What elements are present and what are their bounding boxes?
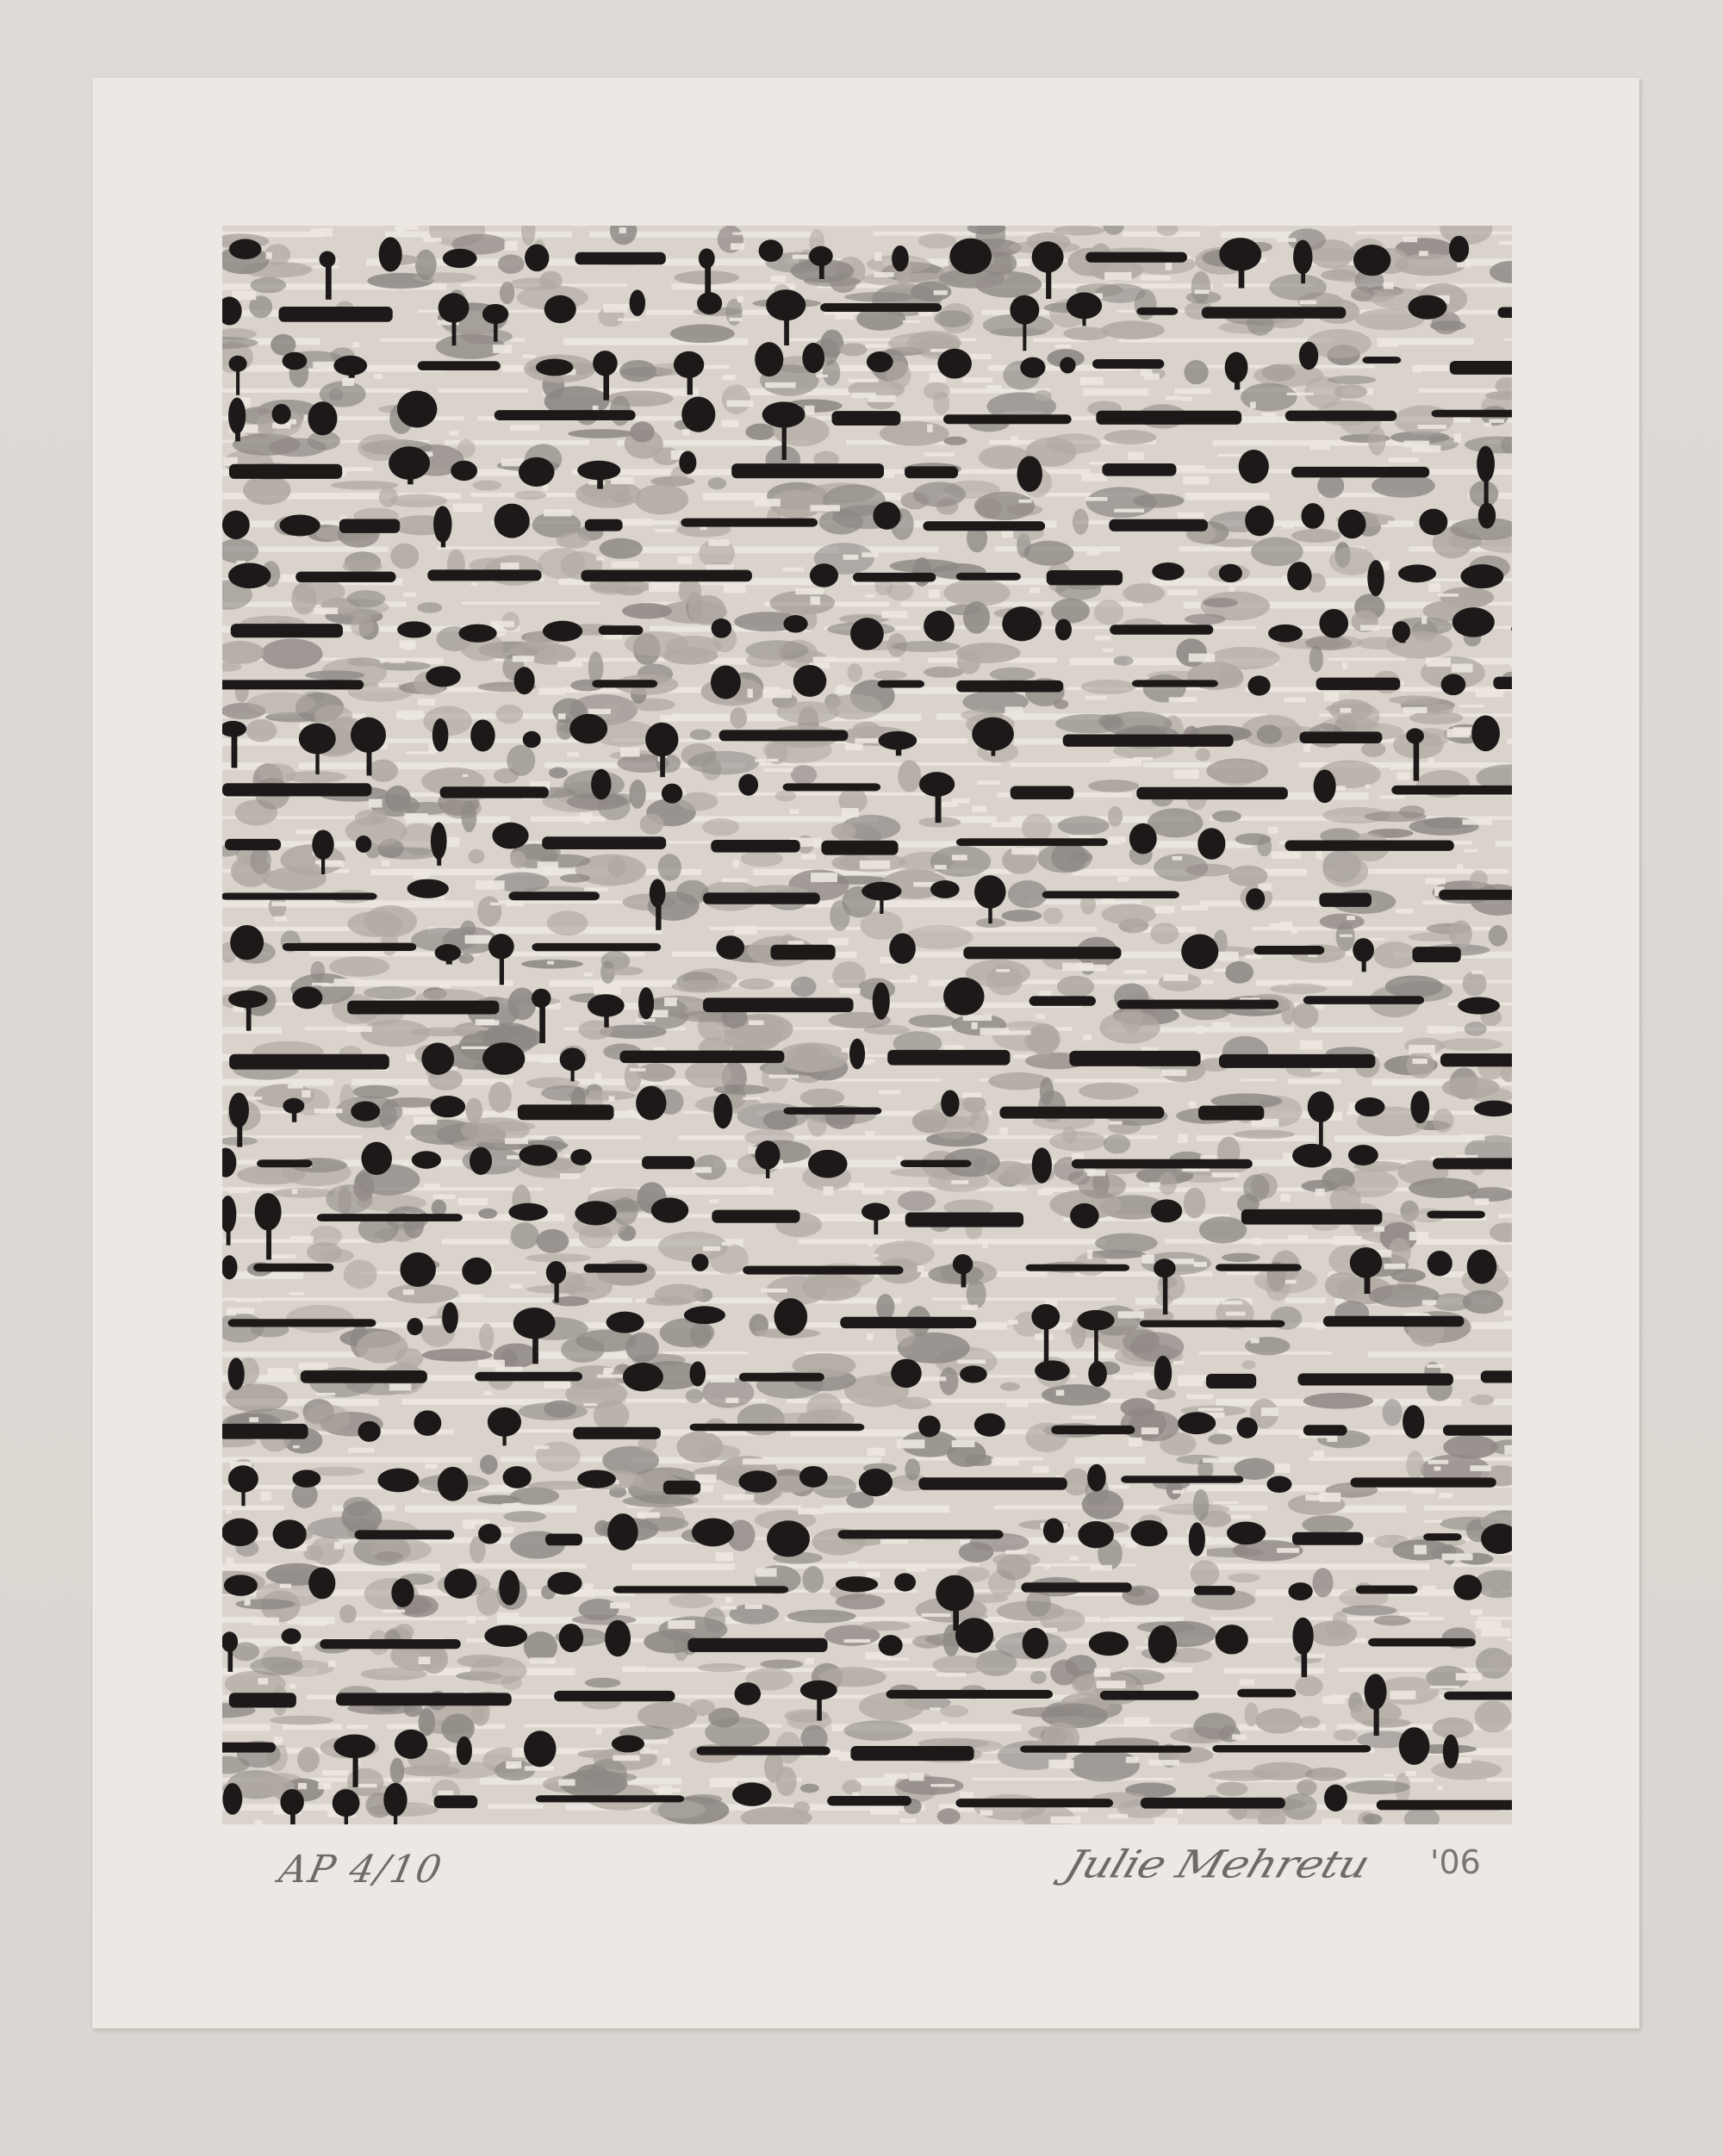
artwork-texture [222,226,1512,1824]
signature-date: '06 [1430,1843,1481,1881]
edition-number: AP 4/10 [276,1848,447,1892]
artist-signature: Julie Mehretu [1060,1843,1375,1887]
artwork-image-area [222,226,1512,1824]
